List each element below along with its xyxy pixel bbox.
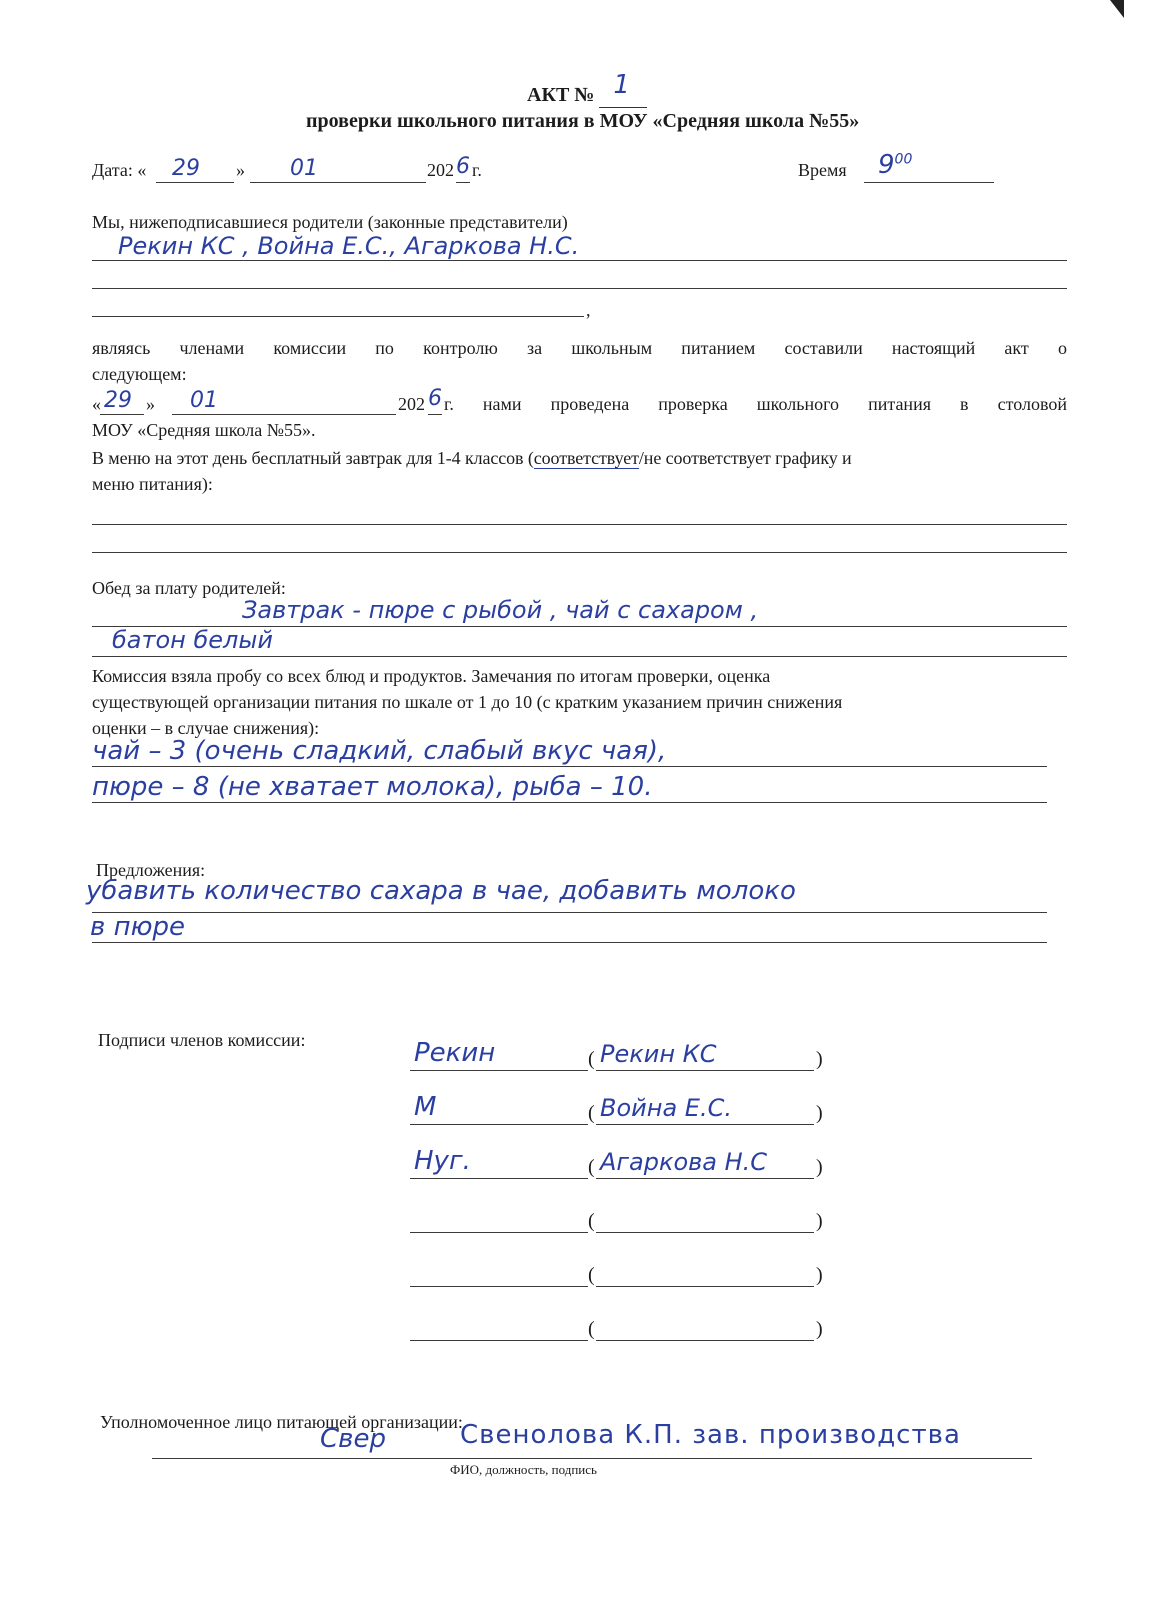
signatures-label: Подписи членов комиссии: — [98, 1030, 305, 1051]
check-year-prefix: 202 — [398, 394, 425, 415]
authorized-value[interactable]: Свенолова К.П. зав. производства — [460, 1420, 961, 1450]
check-close-quote: » — [146, 394, 155, 415]
member-name[interactable]: Агаркова Н.С — [600, 1148, 767, 1176]
authorized-signature[interactable]: Свер — [320, 1424, 386, 1454]
date-year-prefix: 202 — [427, 160, 454, 181]
members-comma: , — [586, 300, 591, 321]
menu-line-2: меню питания): — [92, 474, 213, 495]
suggestions-line-1[interactable]: убавить количество сахара в чае, добавит… — [86, 876, 796, 906]
close-paren: ) — [816, 1156, 823, 1179]
remarks-line-1[interactable]: чай – 3 (очень сладкий, слабый вкус чая)… — [92, 736, 666, 766]
open-paren: ( — [588, 1048, 595, 1071]
remarks-label-2: существующей организации питания по шкал… — [92, 692, 842, 713]
school-line: МОУ «Средняя школа №55». — [92, 420, 315, 441]
open-paren: ( — [588, 1102, 595, 1125]
date-close-quote: » — [236, 160, 245, 181]
check-rest: г. нами проведена проверка школьного пит… — [444, 394, 1067, 415]
act-subtitle: проверки школьного питания в МОУ «Средня… — [306, 110, 859, 133]
menu-line: В меню на этот день бесплатный завтрак д… — [92, 448, 852, 469]
members-label: Мы, нижеподписавшиеся родители (законные… — [92, 212, 568, 233]
scan-corner-mark — [1110, 0, 1124, 18]
member-signature[interactable]: Рекин — [414, 1038, 495, 1068]
members-names[interactable]: Рекин КС , Война Е.С., Агаркова Н.С. — [118, 232, 579, 260]
open-paren: ( — [588, 1210, 595, 1233]
check-open-quote: « — [92, 394, 101, 415]
time-value[interactable]: 900 — [878, 150, 912, 180]
open-paren: ( — [588, 1156, 595, 1179]
authorized-caption: ФИО, должность, подпись — [450, 1462, 597, 1478]
close-paren: ) — [816, 1048, 823, 1071]
close-paren: ) — [816, 1264, 823, 1287]
suggestions-line-2[interactable]: в пюре — [90, 912, 185, 942]
act-number[interactable]: 1 — [613, 70, 630, 100]
act-label: АКТ № — [527, 84, 594, 106]
member-signature[interactable]: М — [414, 1092, 436, 1122]
open-paren: ( — [588, 1264, 595, 1287]
body-line-2: следующем: — [92, 364, 187, 385]
time-label: Время — [798, 160, 847, 181]
check-year-suffix[interactable]: 6 — [428, 386, 442, 411]
close-paren: ) — [816, 1318, 823, 1341]
date-month[interactable]: 01 — [290, 156, 318, 181]
paid-lunch-line-1[interactable]: Завтрак - пюре с рыбой , чай с сахаром , — [242, 596, 758, 624]
check-day[interactable]: 29 — [104, 388, 132, 413]
remarks-line-2[interactable]: пюре – 8 (не хватает молока), рыба – 10. — [92, 772, 653, 802]
act-title: АКТ № 1 — [527, 84, 647, 108]
paid-lunch-line-2[interactable]: батон белый — [112, 626, 273, 654]
date-year-unit: г. — [472, 160, 482, 181]
check-month[interactable]: 01 — [190, 388, 218, 413]
authorized-label: Уполномоченное лицо питающей организации… — [100, 1412, 463, 1433]
member-name[interactable]: Рекин КС — [600, 1040, 716, 1068]
open-paren: ( — [588, 1318, 595, 1341]
menu-option-selected[interactable]: соответствует — [534, 448, 639, 469]
remarks-label-1: Комиссия взяла пробу со всех блюд и прод… — [92, 666, 770, 687]
body-line-1: являясь членами комиссии по контролю за … — [92, 338, 1067, 359]
date-label: Дата: « — [92, 160, 146, 181]
date-year-suffix[interactable]: 6 — [456, 154, 470, 179]
close-paren: ) — [816, 1102, 823, 1125]
close-paren: ) — [816, 1210, 823, 1233]
member-name[interactable]: Война Е.С. — [600, 1094, 732, 1122]
date-day[interactable]: 29 — [172, 156, 200, 181]
member-signature[interactable]: Нуг. — [414, 1146, 471, 1176]
